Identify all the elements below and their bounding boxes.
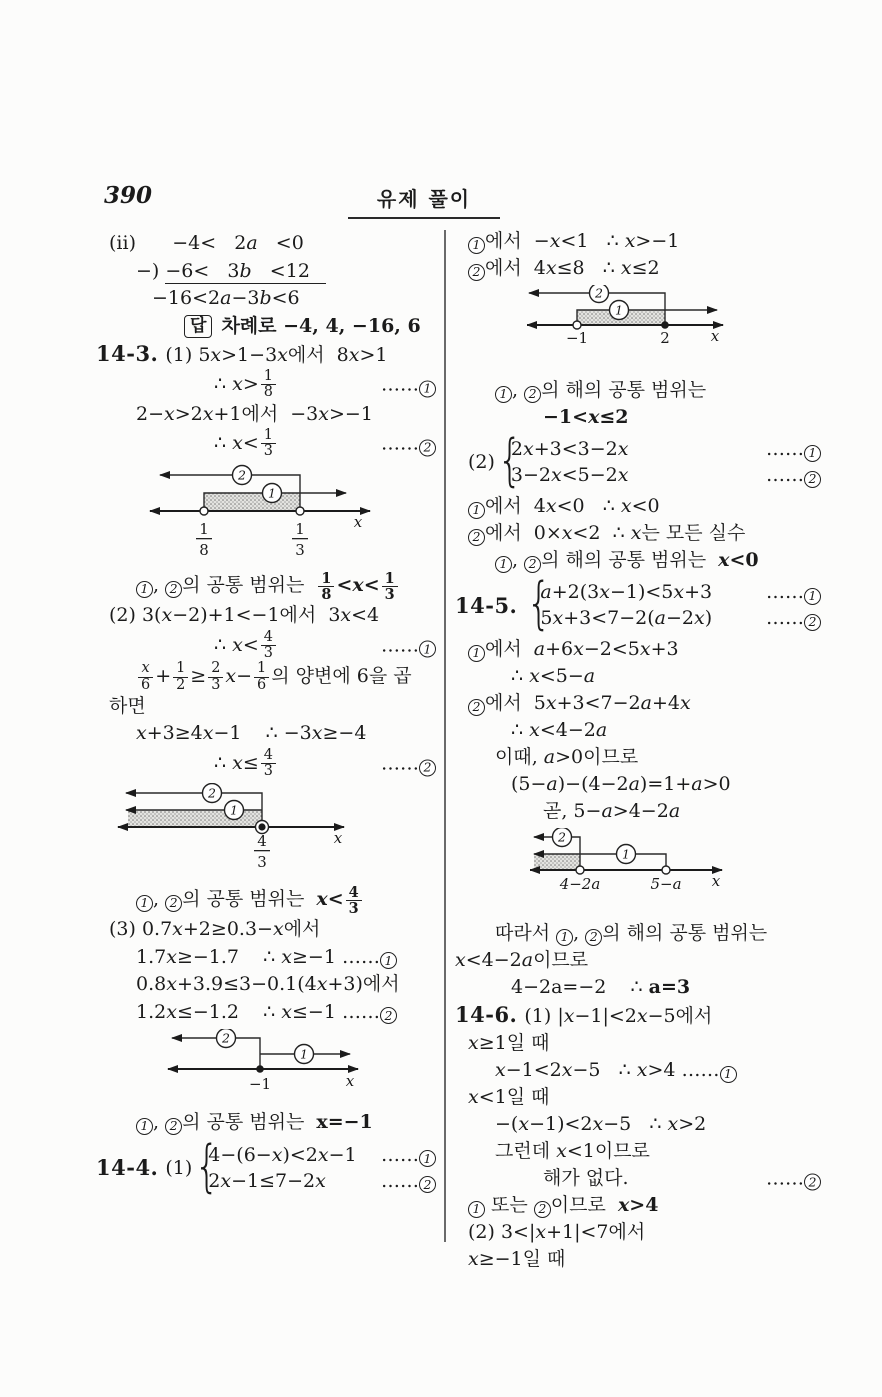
svg-text:1: 1 <box>230 802 238 817</box>
svg-text:1: 1 <box>295 520 305 538</box>
math-text: 1 또는 2이므로 <box>468 1194 618 1216</box>
svg-text:x: x <box>712 872 721 890</box>
math-text: (3) 0.7x+2≥0.3−x에서 <box>109 918 320 940</box>
equation: 3−2x<5−2x <box>511 462 629 488</box>
svg-text:4: 4 <box>257 832 267 850</box>
svg-text:−1: −1 <box>249 1075 271 1093</box>
answer-text: −1<x≤2 <box>543 406 629 428</box>
math-text: ∴ x≤43 <box>214 752 278 774</box>
text-line: 2에서 5x+3<7−2a+4x <box>468 690 823 717</box>
answer-text: 차례로 −4, 4, −16, 6 <box>221 315 420 337</box>
problem-number: 14-4. <box>96 1155 158 1180</box>
problem-14-5-system: 14-5. a+2(3x−1)<5x+3……1 5x+3<7−2(a−2x)……… <box>455 577 823 633</box>
text-line: 14-6.(1) |x−1|<2x−5에서 <box>455 1001 823 1030</box>
svg-text:2: 2 <box>557 830 566 845</box>
equation: 2x+3<3−2x <box>511 436 629 462</box>
closed-endpoint <box>661 321 669 329</box>
svg-text:5−a: 5−a <box>650 875 681 893</box>
svg-text:2: 2 <box>207 785 216 800</box>
number-line-figure-14-3-1: 2 1 1 8 1 3 x <box>146 463 438 568</box>
math-text: −) <box>136 260 165 282</box>
system-brace <box>524 577 540 633</box>
page-header-title: 유제 풀이 <box>348 183 500 219</box>
text-line: −16<2a−3b<6 <box>152 285 438 313</box>
text-line: 1에서 a+6x−2<5x+3 <box>468 636 823 663</box>
answer-text: x=−1 <box>316 1111 372 1133</box>
math-text: (5−a)−(4−2a)=1+a>0 <box>511 773 731 795</box>
math-text: ∴ x<4−2a <box>511 719 607 741</box>
item-label: (2) <box>468 451 495 473</box>
text-line: x≥1일 때 <box>468 1030 823 1057</box>
number-line-figure-14-4-1: 2 1 −1 2 x <box>527 285 823 374</box>
text-line: x<1일 때 <box>468 1084 823 1111</box>
left-column: (ii) −4< 2a <0−) −6< 3b <12−16<2a−3b<6답차… <box>96 230 438 1199</box>
svg-text:1: 1 <box>622 847 630 862</box>
text-line: 그런데 x<1이므로 <box>495 1138 823 1165</box>
open-endpoint <box>296 507 304 515</box>
math-text: x6+12≥23x−16의 양변에 6을 곱 <box>136 665 412 687</box>
number-line-figure-14-3-3: 2 1 −1 x <box>166 1029 438 1106</box>
math-text: 2−x>2x+1에서 −3x>−1 <box>136 403 373 425</box>
system-rows: 4−(6−x)<2x−1……1 2x−1≤7−2x……2 <box>208 1142 438 1194</box>
text-line: x6+12≥23x−16의 양변에 6을 곱 <box>136 661 438 693</box>
text-line: 하면 <box>109 693 438 721</box>
text-line: ∴ x>18……1 <box>214 369 438 401</box>
math-text: 1.7x≥−1.7 ∴ x≥−1 ……1 <box>136 946 397 968</box>
text-line: 1 또는 2이므로 x>4 <box>468 1192 823 1219</box>
column-divider <box>444 230 446 1242</box>
math-text: 곧, 5−a>4−2a <box>543 800 680 822</box>
text-line: (3) 0.7x+2≥0.3−x에서 <box>109 916 438 944</box>
text-line: ∴ x<4−2a <box>511 717 823 744</box>
answer-box-label: 답 <box>184 315 212 338</box>
answer-text: x<43 <box>316 888 363 910</box>
text-line: 1, 2의 공통 범위는 x<43 <box>136 885 438 917</box>
text-line: 1에서 4x<0 ∴ x<0 <box>468 493 823 520</box>
svg-text:x: x <box>354 513 363 531</box>
math-text: (1) 5x>1−3x에서 8x>1 <box>165 344 387 366</box>
item-label: (1) <box>165 1157 192 1179</box>
number-line-svg: 2 1 −1 x <box>166 1029 366 1101</box>
math-text: (2) 3<|x+1|<7에서 <box>468 1221 645 1243</box>
math-text: 2에서 4x≤8 ∴ x≤2 <box>468 257 660 279</box>
math-text: 2에서 5x+3<7−2a+4x <box>468 692 691 714</box>
equation: 5x+3<7−2(a−2x) <box>540 605 712 631</box>
number-line-figure-14-5: 2 1 4−2a 5−a x <box>530 828 823 917</box>
svg-text:2: 2 <box>660 329 670 347</box>
math-text: 1에서 4x<0 ∴ x<0 <box>468 495 660 517</box>
math-text: ∴ x<43 <box>214 634 278 656</box>
text-line: 답차례로 −4, 4, −16, 6 <box>184 313 438 341</box>
text-line: (2) 3(x−2)+1<−1에서 3x<4 <box>109 602 438 630</box>
text-line: 1, 2의 공통 범위는 x=−1 <box>136 1109 438 1137</box>
svg-text:1: 1 <box>199 520 209 538</box>
math-text: x−1<2x−5 ∴ x>4 ……1 <box>495 1059 737 1081</box>
equation-ref: ……2 <box>381 750 436 777</box>
text-line: ∴ x≤43……2 <box>214 748 438 780</box>
answer-text: x<0 <box>718 549 758 571</box>
closed-endpoint <box>256 1065 264 1073</box>
open-endpoint <box>200 507 208 515</box>
math-text: (2) 3(x−2)+1<−1에서 3x<4 <box>109 604 379 626</box>
text-line: (2) 3<|x+1|<7에서 <box>468 1219 823 1246</box>
text-line: 2에서 0×x<2 ∴ x는 모든 실수 <box>468 520 823 547</box>
text-line: 2−x>2x+1에서 −3x>−1 <box>136 401 438 429</box>
equation-ref: ……2 <box>766 605 823 631</box>
text-line: x≥−1일 때 <box>468 1246 823 1273</box>
equation-ref: ……2 <box>766 462 823 488</box>
right-column: 1에서 −x<1 ∴ x>−12에서 4x≤8 ∴ x≤2 2 1 −1 2 x… <box>455 228 823 1273</box>
math-text: 1에서 −x<1 ∴ x>−1 <box>468 230 679 252</box>
number-line-svg: 2 1 4 3 x <box>116 783 366 877</box>
text-line: 0.8x+3.9≤3−0.1(4x+3)에서 <box>136 971 438 999</box>
equation-ref: ……2 <box>381 430 436 457</box>
svg-text:x: x <box>711 327 720 345</box>
text-line: 곧, 5−a>4−2a <box>543 798 823 825</box>
equation-ref: ……2 <box>766 1165 821 1192</box>
math-text: x<4−2a이므로 <box>455 949 588 971</box>
text-line: −(x−1)<2x−5 ∴ x>2 <box>495 1111 823 1138</box>
math-text: 1에서 a+6x−2<5x+3 <box>468 638 679 660</box>
underlined-math-text: −6< 3b <12 <box>165 260 326 284</box>
text-line: 1, 2의 해의 공통 범위는 <box>495 377 823 404</box>
equation-ref: ……1 <box>766 579 823 605</box>
math-text: ∴ x<13 <box>214 432 278 454</box>
math-text: (1) |x−1|<2x−5에서 <box>524 1005 712 1027</box>
text-line: x−1<2x−5 ∴ x>4 ……1 <box>495 1057 823 1084</box>
svg-text:1: 1 <box>615 303 623 318</box>
math-text: 1, 2의 공통 범위는 <box>136 574 316 596</box>
svg-text:2: 2 <box>594 286 603 301</box>
system-rows: a+2(3x−1)<5x+3……1 5x+3<7−2(a−2x)……2 <box>540 579 823 631</box>
math-text: ∴ x<5−a <box>511 665 595 687</box>
text-line: 해가 없다.……2 <box>543 1165 823 1192</box>
text-line: 2에서 4x≤8 ∴ x≤2 <box>468 255 823 282</box>
svg-text:4−2a: 4−2a <box>559 875 601 893</box>
text-line: 1, 2의 공통 범위는 18<x<13 <box>136 571 438 603</box>
number-line-svg: 2 1 −1 2 x <box>527 285 732 369</box>
svg-text:x: x <box>334 829 343 847</box>
svg-text:1: 1 <box>268 485 276 500</box>
answer-text: a=3 <box>649 976 690 998</box>
page-number: 390 <box>104 182 152 209</box>
equation-ref: ……2 <box>381 1168 438 1194</box>
text-line: −1<x≤2 <box>543 404 823 431</box>
answer-text: 18<x<13 <box>316 574 399 596</box>
math-text: −16<2a−3b<6 <box>152 287 300 309</box>
number-line-svg: 2 1 1 8 1 3 x <box>146 463 391 563</box>
svg-text:2: 2 <box>221 1031 230 1046</box>
svg-text:x: x <box>346 1072 355 1090</box>
text-line: x<4−2a이므로 <box>455 947 823 974</box>
number-line-svg: 2 1 4−2a 5−a x <box>530 828 730 912</box>
text-line: x+3≥4x−1 ∴ −3x≥−4 <box>136 720 438 748</box>
text-line: ∴ x<13……2 <box>214 428 438 460</box>
open-endpoint <box>662 866 670 874</box>
math-text: 1, 2의 해의 공통 범위는 <box>495 549 718 571</box>
equation: a+2(3x−1)<5x+3 <box>540 579 712 605</box>
math-text: x+3≥4x−1 ∴ −3x≥−4 <box>136 722 366 744</box>
math-text: 1, 2의 공통 범위는 <box>136 888 316 910</box>
math-text: 이때, a>0이므로 <box>495 746 638 768</box>
equation-ref: ……1 <box>381 371 436 398</box>
svg-text:−1: −1 <box>566 329 588 347</box>
text-line: ∴ x<5−a <box>511 663 823 690</box>
math-text: 1, 2의 공통 범위는 <box>136 1111 316 1133</box>
math-text: x≥1일 때 <box>468 1032 549 1054</box>
math-text: 0.8x+3.9≤3−0.1(4x+3)에서 <box>136 973 400 995</box>
math-text: 4−2a=−2 ∴ <box>511 976 649 998</box>
equation: 2x−1≤7−2x <box>208 1168 326 1194</box>
system-rows: 2x+3<3−2x……1 3−2x<5−2x……2 <box>511 436 823 488</box>
open-endpoint <box>573 321 581 329</box>
text-line: 1, 2의 해의 공통 범위는 x<0 <box>495 547 823 574</box>
math-text: 하면 <box>109 695 146 717</box>
textbook-page: { "page": {"number": "390", "header": "유… <box>0 0 882 1397</box>
math-text: x<1일 때 <box>468 1086 549 1108</box>
text-line: 4−2a=−2 ∴ a=3 <box>511 974 823 1001</box>
number-line-figure-14-3-2: 2 1 4 3 x <box>116 783 438 882</box>
problem-14-4-2-system: (2) 2x+3<3−2x……1 3−2x<5−2x……2 <box>468 434 823 490</box>
text-line: 이때, a>0이므로 <box>495 744 823 771</box>
open-endpoint <box>576 866 584 874</box>
text-line: 1.7x≥−1.7 ∴ x≥−1 ……1 <box>136 944 438 972</box>
system-brace <box>495 434 511 490</box>
math-text: 1, 2의 해의 공통 범위는 <box>495 379 706 401</box>
problem-number: 14-5. <box>455 593 517 618</box>
text-line: −) −6< 3b <12 <box>136 258 438 286</box>
svg-text:2: 2 <box>237 467 246 482</box>
text-line: ∴ x<43……1 <box>214 630 438 662</box>
math-text: 그런데 x<1이므로 <box>495 1140 650 1162</box>
system-brace <box>192 1140 208 1196</box>
math-text: 2에서 0×x<2 ∴ x는 모든 실수 <box>468 522 745 544</box>
math-text: −(x−1)<2x−5 ∴ x>2 <box>495 1113 706 1135</box>
problem-number: 14-6. <box>455 1002 517 1027</box>
svg-text:3: 3 <box>257 853 267 871</box>
equation-ref: ……1 <box>766 436 823 462</box>
problem-number: 14-3. <box>96 341 158 366</box>
text-line: (5−a)−(4−2a)=1+a>0 <box>511 771 823 798</box>
math-text: (ii) −4< 2a <0 <box>109 232 304 254</box>
math-text: 1.2x≤−1.2 ∴ x≤−1 ……2 <box>136 1001 397 1023</box>
math-text: ∴ x>18 <box>214 373 278 395</box>
answer-text: x>4 <box>618 1194 658 1216</box>
equation-ref: ……1 <box>381 1142 438 1168</box>
problem-14-4-system: 14-4. (1) 4−(6−x)<2x−1……1 2x−1≤7−2x……2 <box>96 1140 438 1196</box>
text-line: (ii) −4< 2a <0 <box>109 230 438 258</box>
svg-text:3: 3 <box>295 541 305 559</box>
svg-text:1: 1 <box>300 1047 308 1062</box>
math-text: x≥−1일 때 <box>468 1248 565 1270</box>
equation-ref: ……1 <box>381 632 436 659</box>
text-line: 1에서 −x<1 ∴ x>−1 <box>468 228 823 255</box>
svg-text:8: 8 <box>199 541 209 559</box>
equation: 4−(6−x)<2x−1 <box>208 1142 356 1168</box>
math-text: 따라서 1, 2의 해의 공통 범위는 <box>495 922 767 944</box>
math-text: 해가 없다. <box>543 1167 629 1189</box>
text-line: 14-3.(1) 5x>1−3x에서 8x>1 <box>96 340 438 369</box>
text-line: 1.2x≤−1.2 ∴ x≤−1 ……2 <box>136 999 438 1027</box>
text-line: 따라서 1, 2의 해의 공통 범위는 <box>495 920 823 947</box>
